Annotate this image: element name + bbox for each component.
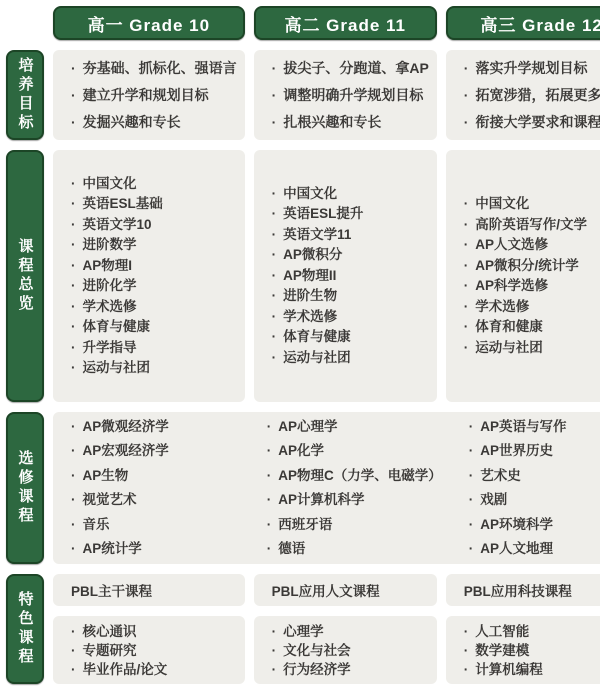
course-item: AP微观经济学: [71, 415, 240, 440]
row-label-special: 特色课程: [6, 574, 44, 684]
course-item: AP计算机科学: [267, 488, 442, 513]
special-grade11-cell: 心理学 文化与社会 行为经济学: [254, 616, 437, 684]
overview-grade12-cell: 中国文化 高阶英语写作/文学 AP人文选修 AP微积分/统计学 AP科学选修 学…: [446, 150, 600, 402]
course-item: 专题研究: [71, 641, 237, 660]
goal-item: 拔尖子、分跑道、拿AP: [272, 55, 429, 82]
course-item: 进阶化学: [71, 276, 237, 297]
course-item: AP物理I: [71, 256, 237, 277]
course-item: 进阶数学: [71, 235, 237, 256]
grade-10-header: 高一 Grade 10: [53, 6, 245, 40]
course-item: AP物理II: [272, 266, 429, 287]
course-item: AP统计学: [71, 537, 240, 562]
row-label-overview: 课程总览: [6, 150, 44, 402]
special-grade10-cell: 核心通识 专题研究 毕业作品/论文: [53, 616, 245, 684]
course-item: 体育和健康: [464, 317, 600, 338]
goal-item: 拓宽涉猎，拓展更多兴趣: [464, 82, 600, 109]
goal-item: 发掘兴趣和专长: [71, 109, 237, 136]
course-item: AP宏观经济学: [71, 439, 240, 464]
goal-item: 衔接大学要求和课程: [464, 109, 600, 136]
course-item: 升学指导: [71, 338, 237, 359]
course-item: AP英语与写作: [469, 415, 600, 440]
course-item: 文化与社会: [272, 641, 429, 660]
course-item: 中国文化: [272, 184, 429, 205]
course-item: 进阶生物: [272, 286, 429, 307]
course-item: 中国文化: [71, 174, 237, 195]
course-item: 心理学: [272, 622, 429, 641]
goal-item: 夯基础、抓标化、强语言: [71, 55, 237, 82]
course-item: 学术选修: [71, 297, 237, 318]
pbl-course: PBL主干课程: [71, 580, 237, 600]
course-item: AP科学选修: [464, 276, 600, 297]
overview-grade10-cell: 中国文化 英语ESL基础 英语文学10 进阶数学 AP物理I 进阶化学 学术选修…: [53, 150, 245, 402]
course-item: 音乐: [71, 513, 240, 538]
pbl-grade12-cell: PBL应用科技课程: [446, 574, 600, 606]
course-item: 戏剧: [469, 488, 600, 513]
goals-grade12-cell: 落实升学规划目标 拓宽涉猎，拓展更多兴趣 衔接大学要求和课程: [446, 50, 600, 140]
course-item: 行为经济学: [272, 660, 429, 679]
electives-grade12-column: AP英语与写作 AP世界历史 艺术史 戏剧 AP环境科学 AP人文地理: [451, 412, 600, 564]
course-item: 体育与健康: [272, 327, 429, 348]
course-item: 视觉艺术: [71, 488, 240, 513]
pbl-course: PBL应用科技课程: [464, 580, 600, 600]
course-item: 高阶英语写作/文学: [464, 215, 600, 236]
course-item: 体育与健康: [71, 317, 237, 338]
course-item: 毕业作品/论文: [71, 660, 237, 679]
course-item: 学术选修: [464, 297, 600, 318]
course-item: AP人文选修: [464, 235, 600, 256]
electives-grade11-column: AP心理学 AP化学 AP物理C（力学、电磁学） AP计算机科学 西班牙语 德语: [249, 412, 442, 564]
pbl-grade11-cell: PBL应用人文课程: [254, 574, 437, 606]
course-item: AP生物: [71, 464, 240, 489]
grade-11-header: 高二 Grade 11: [254, 6, 437, 40]
grade-12-header: 高三 Grade 12: [446, 6, 600, 40]
row-label-electives: 选修课程: [6, 412, 44, 564]
course-item: 德语: [267, 537, 442, 562]
course-item: 运动与社团: [272, 348, 429, 369]
course-item: 人工智能: [464, 622, 600, 641]
course-item: AP心理学: [267, 415, 442, 440]
special-grade12-cell: 人工智能 数学建模 计算机编程: [446, 616, 600, 684]
course-item: 计算机编程: [464, 660, 600, 679]
goal-item: 建立升学和规划目标: [71, 82, 237, 109]
course-item: AP环境科学: [469, 513, 600, 538]
course-item: AP物理C（力学、电磁学）: [267, 464, 442, 489]
goals-grade10-cell: 夯基础、抓标化、强语言 建立升学和规划目标 发掘兴趣和专长: [53, 50, 245, 140]
pbl-course: PBL应用人文课程: [272, 580, 429, 600]
curriculum-board: 高一 Grade 10 高二 Grade 11 高三 Grade 12 培养目标…: [0, 0, 600, 692]
goal-item: 调整明确升学规划目标: [272, 82, 429, 109]
row-label-goals: 培养目标: [6, 50, 44, 140]
course-item: AP微积分/统计学: [464, 256, 600, 277]
course-item: 英语文学11: [272, 225, 429, 246]
course-item: AP微积分: [272, 245, 429, 266]
goal-item: 扎根兴趣和专长: [272, 109, 429, 136]
course-item: 运动与社团: [71, 358, 237, 379]
course-item: 运动与社团: [464, 338, 600, 359]
course-item: 英语ESL基础: [71, 194, 237, 215]
course-item: AP人文地理: [469, 537, 600, 562]
goals-grade11-cell: 拔尖子、分跑道、拿AP 调整明确升学规划目标 扎根兴趣和专长: [254, 50, 437, 140]
overview-grade11-cell: 中国文化 英语ESL提升 英语文学11 AP微积分 AP物理II 进阶生物 学术…: [254, 150, 437, 402]
goal-item: 落实升学规划目标: [464, 55, 600, 82]
corner-spacer: [6, 6, 44, 40]
course-item: 核心通识: [71, 622, 237, 641]
pbl-grade10-cell: PBL主干课程: [53, 574, 245, 606]
course-item: 数学建模: [464, 641, 600, 660]
course-item: 艺术史: [469, 464, 600, 489]
course-item: 学术选修: [272, 307, 429, 328]
course-item: AP世界历史: [469, 439, 600, 464]
course-item: 中国文化: [464, 194, 600, 215]
course-item: AP化学: [267, 439, 442, 464]
course-item: 英语文学10: [71, 215, 237, 236]
course-item: 西班牙语: [267, 513, 442, 538]
course-item: 英语ESL提升: [272, 204, 429, 225]
electives-cell: AP微观经济学 AP宏观经济学 AP生物 视觉艺术 音乐 AP统计学 AP心理学…: [53, 412, 600, 564]
electives-grade10-column: AP微观经济学 AP宏观经济学 AP生物 视觉艺术 音乐 AP统计学: [53, 412, 240, 564]
